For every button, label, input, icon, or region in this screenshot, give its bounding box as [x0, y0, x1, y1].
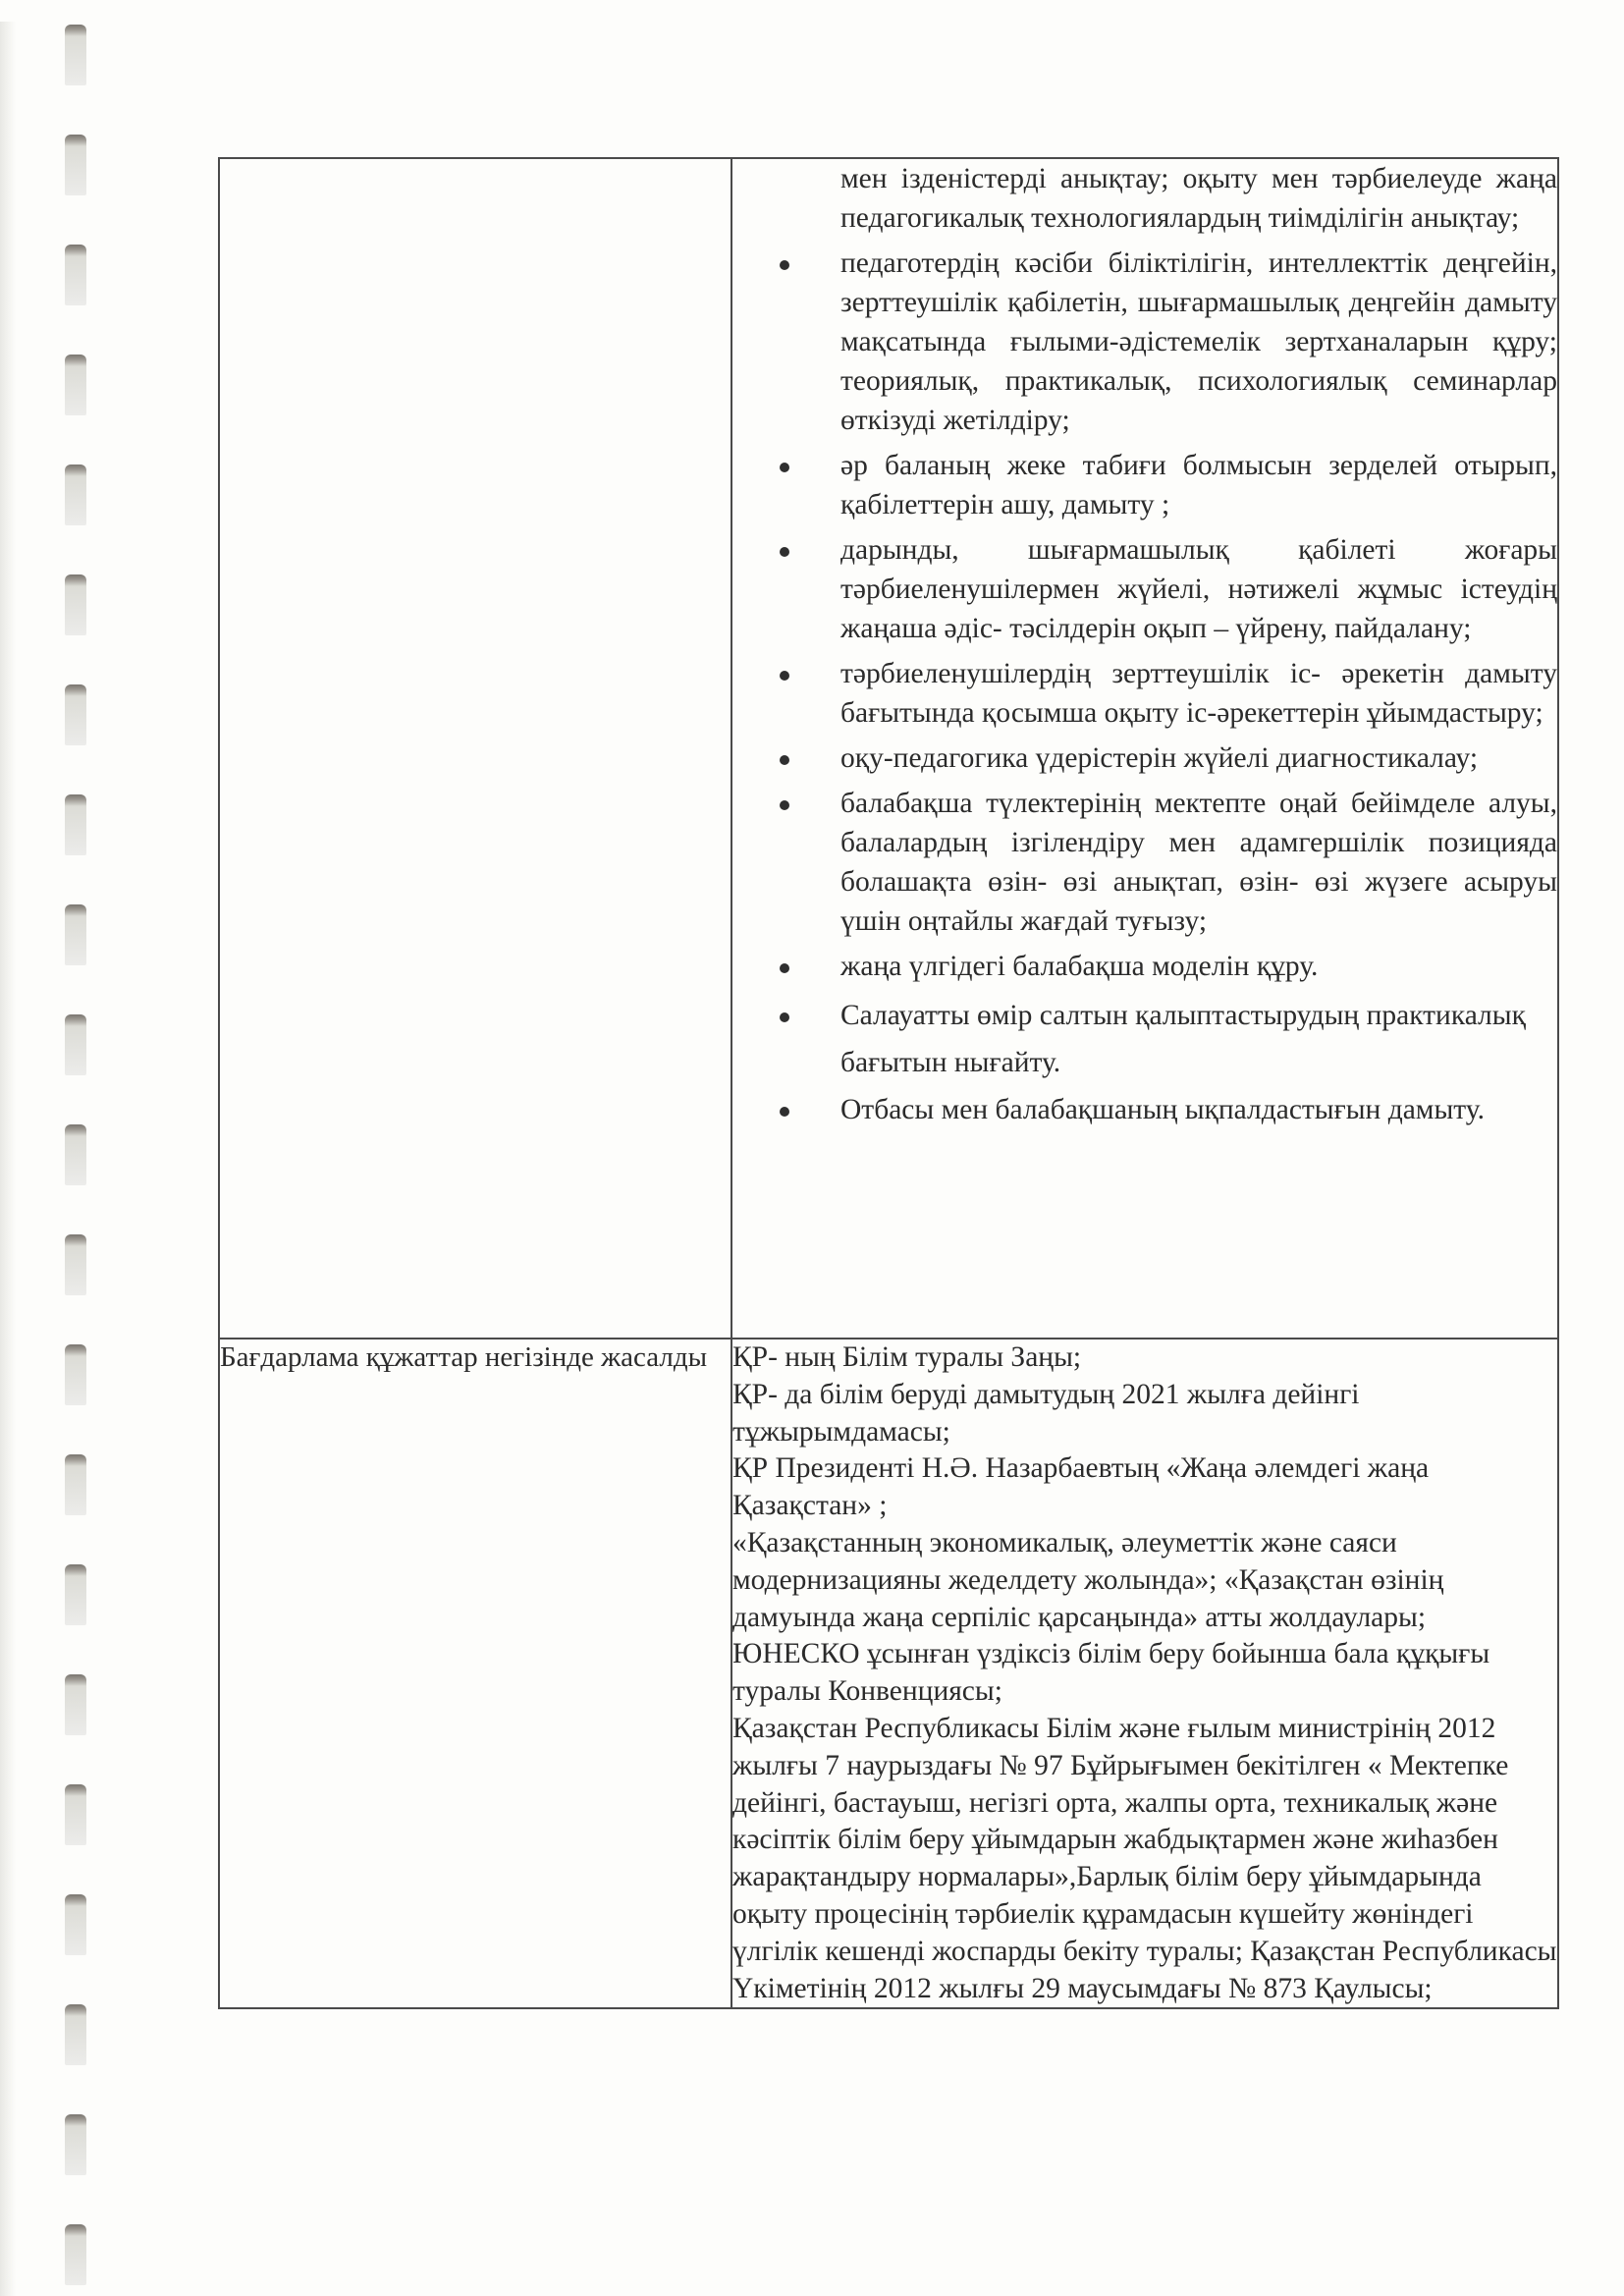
goal-item: әр баланың жеке табиғи болмысын зерделей… — [732, 446, 1557, 524]
document-reference: ЮНЕСКО ұсынған үздіксіз білім беру бойын… — [732, 1636, 1557, 1711]
bullet-icon — [780, 963, 789, 973]
binding-hole — [65, 2114, 86, 2175]
bullet-icon — [780, 1012, 789, 1022]
table-row-documents: Бағдарлама құжаттар негізінде жасалды ҚР… — [219, 1339, 1558, 2008]
binding-hole — [65, 2004, 86, 2065]
goal-item: Отбасы мен балабақшаның ықпалдастығын да… — [732, 1086, 1557, 1133]
binding-hole — [65, 1564, 86, 1625]
document-reference: ҚР- да білім беруді дамытудың 2021 жылға… — [732, 1377, 1557, 1451]
goal-item: дарынды, шығармашылық қабілеті жоғары тә… — [732, 530, 1557, 648]
goal-text: балабақша түлектерінің мектепте оңай бей… — [840, 788, 1557, 937]
binding-hole — [65, 355, 86, 415]
goals-cell: мен ізденістерді анықтау; оқыту мен тәрб… — [731, 158, 1558, 1339]
table-row-goals: мен ізденістерді анықтау; оқыту мен тәрб… — [219, 158, 1558, 1339]
goal-item: Салауатты өмір салтын қалыптастырудың пр… — [732, 992, 1557, 1086]
bullet-icon — [780, 260, 789, 270]
goal-text: Салауатты өмір салтын қалыптастырудың пр… — [840, 1000, 1526, 1078]
bullet-icon — [780, 800, 789, 810]
page-edge-shadow — [0, 22, 16, 2296]
document-reference: ҚР- ның Білім туралы Заңы; — [732, 1339, 1557, 1377]
goal-item: жаңа үлгідегі балабақша моделін құру. — [732, 947, 1557, 986]
goals-list: мен ізденістерді анықтау; оқыту мен тәрб… — [732, 159, 1557, 1133]
bullet-icon — [780, 755, 789, 765]
documents-cell: ҚР- ның Білім туралы Заңы;ҚР- да білім б… — [731, 1339, 1558, 2008]
bullet-icon — [780, 671, 789, 681]
binding-hole — [65, 25, 86, 85]
goal-text: әр баланың жеке табиғи болмысын зерделей… — [840, 450, 1557, 520]
binding-hole — [65, 1014, 86, 1075]
documents-list: ҚР- ның Білім туралы Заңы;ҚР- да білім б… — [732, 1339, 1557, 2007]
bullet-icon — [780, 547, 789, 557]
goal-item: тәрбиеленушілердің зерттеушілік іс- әрек… — [732, 654, 1557, 733]
goal-text: тәрбиеленушілердің зерттеушілік іс- әрек… — [840, 658, 1557, 729]
binding-hole — [65, 1674, 86, 1735]
goal-text: педаготердің кәсіби біліктілігін, интелл… — [840, 247, 1557, 436]
binding-hole — [65, 1124, 86, 1185]
binding-hole — [65, 574, 86, 635]
document-reference: «Қазақстанның экономикалық, әлеуметтік ж… — [732, 1525, 1557, 1636]
binding-hole — [65, 465, 86, 525]
document-reference: Қазақстан Республикасы Білім және ғылым … — [732, 1711, 1557, 2007]
bullet-icon — [780, 1107, 789, 1117]
binding-hole — [65, 245, 86, 305]
goal-text: Отбасы мен балабақшаның ықпалдастығын да… — [840, 1094, 1485, 1125]
binding-hole — [65, 794, 86, 855]
goal-text: оқу-педагогика үдерістерін жүйелі диагно… — [840, 742, 1478, 774]
binding-hole — [65, 135, 86, 195]
goal-item: педаготердің кәсіби біліктілігін, интелл… — [732, 244, 1557, 440]
goal-item: оқу-педагогика үдерістерін жүйелі диагно… — [732, 738, 1557, 778]
binding-hole — [65, 1234, 86, 1295]
goal-item: мен ізденістерді анықтау; оқыту мен тәрб… — [732, 159, 1557, 238]
goal-text: жаңа үлгідегі балабақша моделін құру. — [840, 951, 1318, 982]
row-label-cell: Бағдарлама құжаттар негізінде жасалды — [219, 1339, 731, 2008]
binding-hole — [65, 1454, 86, 1515]
binding-hole — [65, 904, 86, 965]
goal-text: мен ізденістерді анықтау; оқыту мен тәрб… — [840, 163, 1557, 234]
goal-text: дарынды, шығармашылық қабілеті жоғары тә… — [840, 534, 1557, 644]
binding-hole — [65, 684, 86, 745]
row-label-cell — [219, 158, 731, 1339]
program-table: мен ізденістерді анықтау; оқыту мен тәрб… — [218, 157, 1559, 2009]
binding-hole — [65, 1784, 86, 1845]
binding-hole — [65, 2224, 86, 2285]
goal-item: балабақша түлектерінің мектепте оңай бей… — [732, 784, 1557, 941]
binding-hole — [65, 1344, 86, 1405]
bullet-icon — [780, 463, 789, 472]
binding-hole — [65, 1894, 86, 1955]
document-reference: ҚР Президенті Н.Ә. Назарбаевтың «Жаңа әл… — [732, 1450, 1557, 1525]
